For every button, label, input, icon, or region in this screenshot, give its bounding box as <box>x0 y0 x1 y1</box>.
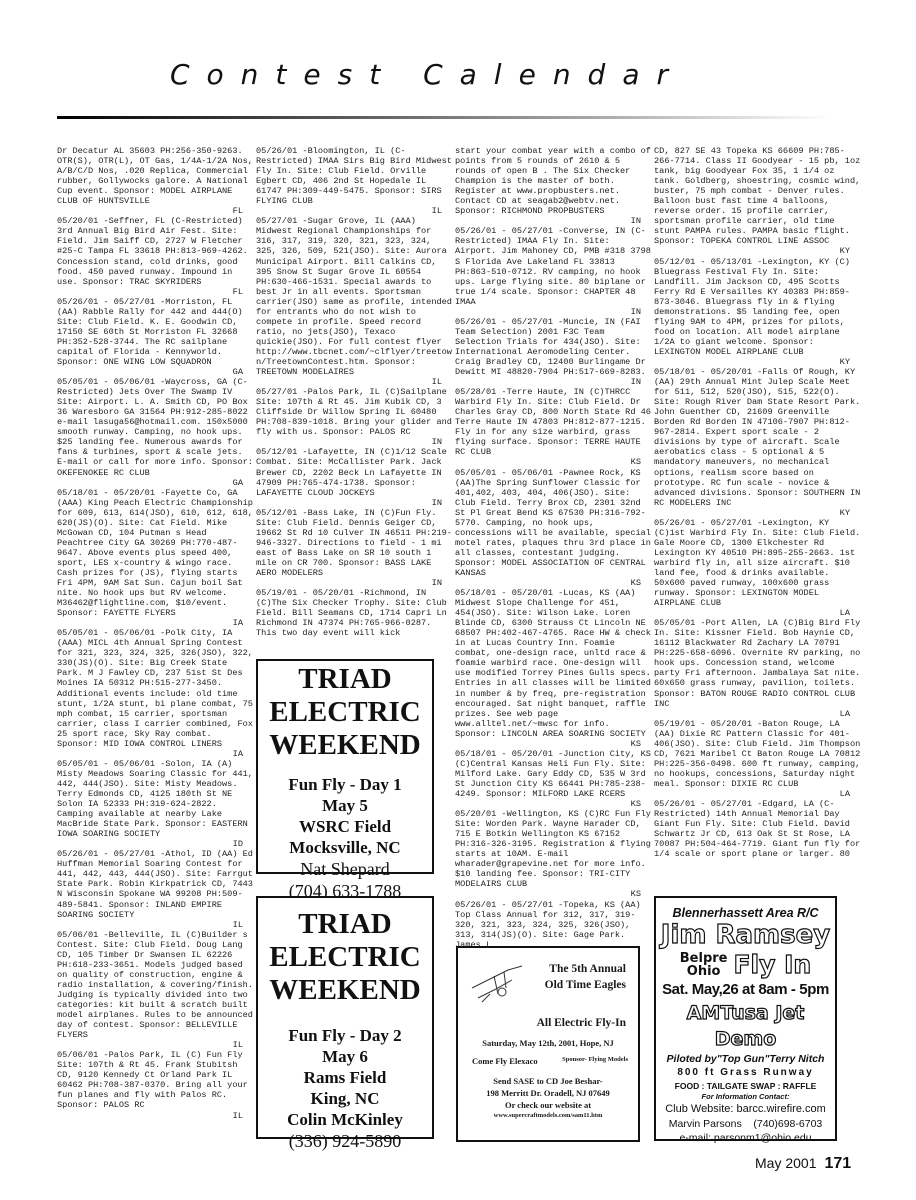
ad-title: The 5th Annual <box>549 962 626 977</box>
state-label: IL <box>57 920 257 930</box>
calendar-entry: KS05/18/01 - 05/20/01 -Lucas, KS (AA) Mi… <box>455 578 655 739</box>
calendar-entry: IL <box>57 1111 257 1121</box>
calendar-entry: IL05/06/01 -Belleville, IL (C)Builder s … <box>57 920 257 1041</box>
calendar-entry: IN05/26/01 - 05/27/01 -Muncie, IN (FAI T… <box>455 307 655 377</box>
calendar-entry: CD, 827 SE 43 Topeka KS 66609 PH:785-266… <box>654 146 864 246</box>
calendar-entry: IN05/19/01 - 05/20/01 -Richmond, IN (C)T… <box>256 578 456 638</box>
ad-title: Old Time Eagles <box>545 978 626 993</box>
calendar-entry: KS05/20/01 -Wellington, KS (C)RC Fun Fly… <box>455 799 655 889</box>
ad-headline: WEEKEND <box>258 729 432 762</box>
state-label: FL <box>57 206 257 216</box>
ad-subtitle: All Electric Fly-In <box>458 1016 638 1031</box>
calendar-entry: GA05/18/01 - 05/20/01 -Fayette Co, GA (A… <box>57 478 257 619</box>
ad-place: Ohio <box>680 965 728 978</box>
state-label: IL <box>256 377 456 387</box>
state-label: IN <box>455 307 655 317</box>
ad-date: May 6 <box>258 1046 432 1067</box>
page-footer: May 2001171 <box>755 1155 851 1173</box>
ad-event: Fun Fly - Day 2 <box>258 1025 432 1046</box>
title-rule-divider <box>57 116 832 119</box>
ad-extras: FOOD : TAILGATE SWAP : RAFFLE <box>656 1080 835 1092</box>
calendar-entry: LA05/05/01 -Port Allen, LA (C)Big Bird F… <box>654 608 864 708</box>
state-label: FL <box>57 287 257 297</box>
calendar-entry: KY05/26/01 - 05/27/01 -Lexington, KY (C)… <box>654 508 864 608</box>
state-label: KS <box>455 889 655 899</box>
state-label: KS <box>455 457 655 467</box>
calendar-entry: KS05/18/01 - 05/20/01 -Junction City, KS… <box>455 739 655 799</box>
state-label: IL <box>57 1040 257 1050</box>
ad-headline: ELECTRIC <box>258 696 432 729</box>
state-label: IL <box>256 206 456 216</box>
state-label: IA <box>57 618 257 628</box>
ad-event: Fly In <box>733 950 811 980</box>
state-label: KY <box>654 246 864 256</box>
state-label: IN <box>256 498 456 508</box>
old-time-eagles-ad: The 5th Annual Old Time Eagles All Elect… <box>456 946 640 1142</box>
page-number: 171 <box>824 1155 851 1172</box>
ad-field: Rams Field <box>258 1067 432 1088</box>
ad-sponsor: Sponsor- Flying Models <box>562 1055 628 1067</box>
calendar-entry: IL05/27/01 -Palos Park, IL (C)Sailplane … <box>256 377 456 437</box>
ad-club: Blennerhassett Area R/C <box>656 906 835 920</box>
ad-headline: WEEKEND <box>258 974 432 1007</box>
calendar-entry: KS05/05/01 - 05/06/01 -Pawnee Rock, KS (… <box>455 457 655 578</box>
calendar-entry: KY05/12/01 - 05/13/01 -Lexington, KY (C)… <box>654 246 864 357</box>
ad-address: 198 Merritt Dr. Oradell, NJ 07649 <box>458 1087 638 1099</box>
calendar-entry: 05/26/01 -Bloomington, IL (C-Restricted)… <box>256 146 456 206</box>
ad-note: Come Fly Elexaco <box>472 1055 538 1067</box>
state-label: LA <box>654 789 864 799</box>
ad-url[interactable]: www.supercraftmodels.com/sam11.htm <box>458 1111 638 1121</box>
calendar-entry: GA05/05/01 - 05/06/01 -Waycross, GA (C-R… <box>57 367 257 478</box>
state-label: KS <box>455 799 655 809</box>
state-label: GA <box>57 478 257 488</box>
ad-contact: Colin McKinley <box>258 1109 432 1130</box>
calendar-entry: LA05/19/01 - 05/20/01 -Baton Rouge, LA (… <box>654 709 864 789</box>
state-label: IA <box>57 749 257 759</box>
state-label: LA <box>654 709 864 719</box>
ad-phone: (336) 924-5890 <box>258 1130 432 1152</box>
ad-demo: AMTusa Jet Demo <box>656 1000 835 1052</box>
calendar-entry: IN05/12/01 -Bass Lake, IN (C)Fun Fly. Si… <box>256 498 456 578</box>
ad-check: Or check our website at <box>458 1099 638 1111</box>
calendar-column-3: start your combat year with a combo of p… <box>455 146 655 950</box>
calendar-entry: Dr Decatur AL 35603 PH:256-350-9263. OTR… <box>57 146 257 206</box>
calendar-entry: start your combat year with a combo of p… <box>455 146 655 216</box>
ad-website[interactable]: Club Website: barcc.wirefire.com <box>656 1102 835 1117</box>
state-label: KY <box>654 357 864 367</box>
state-label: IN <box>256 437 456 447</box>
triad-day2-ad: TRIAD ELECTRIC WEEKEND Fun Fly - Day 2 M… <box>256 896 434 1139</box>
ad-pilot: Piloted by"Top Gun"Terry Nitch <box>656 1052 835 1066</box>
issue-date: May 2001 <box>755 1155 816 1171</box>
triad-day1-ad: TRIAD ELECTRIC WEEKEND Fun Fly - Day 1 M… <box>256 659 434 874</box>
calendar-column-4: CD, 827 SE 43 Topeka KS 66609 PH:785-266… <box>654 146 864 859</box>
ad-field: WSRC Field <box>258 816 432 837</box>
calendar-entry: IA05/05/01 - 05/06/01 -Polk City, IA (AA… <box>57 618 257 749</box>
calendar-column-1: Dr Decatur AL 35603 PH:256-350-9263. OTR… <box>57 146 257 1121</box>
calendar-entry: IN05/28/01 -Terre Haute, IN (C)THRCC War… <box>455 377 655 457</box>
ad-headline: TRIAD <box>258 908 432 941</box>
ad-send: Send SASE to CD Joe Beshar- <box>458 1075 638 1087</box>
ad-date: Sat. May,26 at 8am - 5pm <box>656 980 835 1000</box>
ad-info: For Information Contact: <box>656 1092 835 1102</box>
calendar-entry: IL05/27/01 -Sugar Grove, IL (AAA) Midwes… <box>256 206 456 377</box>
state-label: ID <box>57 839 257 849</box>
calendar-entry: ID05/26/01 - 05/27/01 -Athol, ID (AA) Ed… <box>57 839 257 919</box>
state-label: IN <box>455 216 655 226</box>
state-label: KS <box>455 739 655 749</box>
state-label: GA <box>57 367 257 377</box>
ad-name: Jim Ramsey <box>656 920 835 950</box>
jim-ramsey-fly-in-ad: Blennerhassett Area R/C Jim Ramsey Belpr… <box>654 896 837 1141</box>
ad-date: May 5 <box>258 795 432 816</box>
ad-runway: 800 ft Grass Runway <box>656 1066 835 1080</box>
state-label: IL <box>57 1111 257 1121</box>
calendar-entry: KS05/26/01 - 05/27/01 -Topeka, KS (AA) T… <box>455 889 655 949</box>
calendar-entry: IA05/05/01 - 05/06/01 -Solon, IA (A) Mis… <box>57 749 257 839</box>
state-label: IN <box>455 377 655 387</box>
biplane-sketch-icon <box>468 958 526 1008</box>
calendar-entry: FL05/26/01 - 05/27/01 -Morriston, FL (AA… <box>57 287 257 367</box>
ad-email[interactable]: e-mail: parsonm1@ohio.edu <box>656 1131 835 1145</box>
calendar-entry: IN05/26/01 - 05/27/01 -Converse, IN (C-R… <box>455 216 655 306</box>
calendar-entry: KY05/18/01 - 05/20/01 -Falls Of Rough, K… <box>654 357 864 508</box>
state-label: LA <box>654 608 864 618</box>
calendar-entry: LA05/26/01 - 05/27/01 -Edgard, LA (C-Res… <box>654 789 864 859</box>
ad-city: King, NC <box>258 1088 432 1109</box>
calendar-column-2: 05/26/01 -Bloomington, IL (C-Restricted)… <box>256 146 456 638</box>
ad-headline: TRIAD <box>258 663 432 696</box>
calendar-entry: IN05/12/01 -Lafayette, IN (C)1/12 Scale … <box>256 437 456 497</box>
ad-contact: Marvin Parsons (740)698-6703 <box>656 1117 835 1131</box>
calendar-entry: FL05/20/01 -Seffner, FL (C-Restricted) 3… <box>57 206 257 286</box>
ad-headline: ELECTRIC <box>258 941 432 974</box>
calendar-entry: IL05/06/01 -Palos Park, IL (C) Fun Fly S… <box>57 1040 257 1110</box>
state-label: IN <box>256 578 456 588</box>
page-title: Contest Calendar <box>170 58 685 91</box>
ad-event: Fun Fly - Day 1 <box>258 774 432 795</box>
ad-city: Mocksville, NC <box>258 837 432 858</box>
state-label: KY <box>654 508 864 518</box>
ad-date: Saturday, May 12th, 2001, Hope, NJ <box>458 1037 638 1049</box>
ad-contact: Nat Shepard <box>258 858 432 880</box>
state-label: KS <box>455 578 655 588</box>
